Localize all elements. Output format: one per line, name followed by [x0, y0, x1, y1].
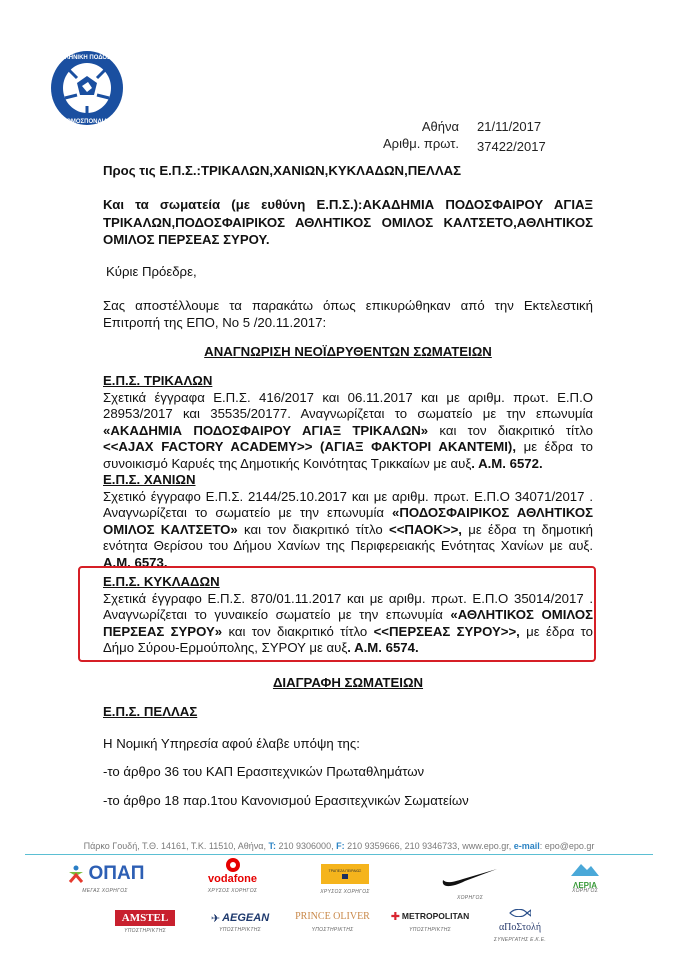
clubs-line: Και τα σωματεία (με ευθύνη Ε.Π.Σ.):ΑΚΑΔΗ… [103, 196, 593, 249]
svg-text:ΕΛΛΗΝΙΚΗ ΠΟΔΟΣΦ.: ΕΛΛΗΝΙΚΗ ΠΟΔΟΣΦ. [57, 55, 118, 61]
aegean-bird-icon: ✈ [211, 912, 220, 925]
place-label: Αθήνα [339, 119, 459, 134]
footer-divider [25, 854, 653, 855]
leria-mountain-icon [569, 862, 601, 876]
entry-body: Σχετικό έγγραφο Ε.Π.Σ. 2144/25.10.2017 κ… [103, 489, 593, 572]
pella-line-3: -το άρθρο 18 παρ.1του Κανονισμού Ερασιτε… [103, 793, 469, 810]
entry-trikala: Ε.Π.Σ. ΤΡΙΚΑΛΩΝ Σχετικά έγγραφα Ε.Π.Σ. 4… [103, 373, 593, 472]
sponsor-aegean: ✈ AEGEAN ΥΠΟΣΤΗΡΙΚΤΗΣ [205, 911, 275, 933]
pella-line-2: -το άρθρο 36 του ΚΑΠ Ερασιτεχνικών Πρωτα… [103, 764, 424, 781]
entry-cyclades: Ε.Π.Σ. ΚΥΚΛΑΔΩΝ Σχετικά έγγραφο Ε.Π.Σ. 8… [103, 574, 593, 657]
sponsor-opap: ΟΠΑΠ ΜΕΓΑΣ ΧΟΡΗΓΟΣ [60, 862, 150, 894]
intro-paragraph: Σας αποστέλλουμε τα παρακάτω όπως επικυρ… [103, 297, 593, 331]
section-title-recognition: ΑΝΑΓΝΩΡΙΣΗ ΝΕΟΪΔΡΥΘΕΝΤΩΝ ΣΩΜΑΤΕΙΩΝ [103, 344, 593, 361]
entry-heading-pella: Ε.Π.Σ. ΠΕΛΛΑΣ [103, 704, 197, 721]
entry-heading: Ε.Π.Σ. ΤΡΙΚΑΛΩΝ [103, 373, 593, 390]
protocol-label: Αριθμ. πρωτ. [339, 136, 459, 151]
piraeus-icon [342, 874, 348, 879]
salutation: Κύριε Πρόεδρε, [106, 264, 197, 281]
sponsor-apostoli: αΠοΣτoλή ΣΥΝΕΡΓΑΤΗΣ Ε.Κ.Ε. [485, 904, 555, 943]
entry-heading: Ε.Π.Σ. ΧΑΝΙΩΝ [103, 472, 593, 489]
sponsor-amstel: AMSTEL ΥΠΟΣΤΗΡΙΚΤΗΣ [115, 910, 175, 934]
pella-line-1: Η Νομική Υπηρεσία αφού έλαβε υπόψη της: [103, 736, 360, 753]
entry-chania: Ε.Π.Σ. ΧΑΝΙΩΝ Σχετικό έγγραφο Ε.Π.Σ. 214… [103, 472, 593, 571]
opap-star-icon [66, 864, 86, 884]
entry-heading: Ε.Π.Σ. ΚΥΚΛΑΔΩΝ [103, 574, 593, 591]
footer-address: Πάρκο Γουδή, Τ.Θ. 14161, Τ.Κ. 11510, Αθή… [0, 841, 678, 851]
entry-body: Σχετικά έγγραφο Ε.Π.Σ. 870/01.11.2017 κα… [103, 591, 593, 657]
sponsor-vodafone: vodafone ΧΡΥΣΟΣ ΧΟΡΗΓΟΣ [195, 858, 270, 894]
section-title-deletion: ΔΙΑΓΡΑΦΗ ΣΩΜΑΤΕΙΩΝ [103, 675, 593, 692]
svg-text:ΟΜΟΣΠΟΝΔΙΑ: ΟΜΟΣΠΟΝΔΙΑ [66, 119, 108, 125]
sponsor-leria: ΛΕΡΙΑ ΧΟΡΗΓΟΣ [560, 862, 610, 894]
recipients-line: Προς τις Ε.Π.Σ.:ΤΡΙΚΑΛΩΝ,ΧΑΝΙΩΝ,ΚΥΚΛΑΔΩΝ… [103, 163, 593, 180]
epo-logo: ΕΛΛΗΝΙΚΗ ΠΟΔΟΣΦ. ΟΜΟΣΠΟΝΔΙΑ [47, 48, 127, 128]
sponsor-nike: ΧΟΡΗΓΟΣ [440, 866, 500, 901]
sponsor-piraeus: ΤΡΑΠΕΖΑ ΠΕΙΡΑΙΩΣ ΧΡΥΣΟΣ ΧΟΡΗΓΟΣ [315, 864, 375, 895]
nike-swoosh-icon [441, 866, 499, 888]
fish-icon [509, 909, 531, 917]
sponsor-metropolitan: ✚ METROPOLITAN ΥΠΟΣΤΗΡΙΚΤΗΣ [390, 907, 470, 933]
vodafone-icon [226, 858, 240, 872]
football-federation-emblem-icon: ΕΛΛΗΝΙΚΗ ΠΟΔΟΣΦ. ΟΜΟΣΠΟΝΔΙΑ [47, 48, 127, 128]
date-value: 21/11/2017 [477, 119, 541, 134]
entry-body: Σχετικά έγγραφα Ε.Π.Σ. 416/2017 και 06.1… [103, 390, 593, 473]
metropolitan-cross-icon: ✚ [391, 910, 400, 923]
protocol-number: 37422/2017 [477, 139, 546, 154]
sponsor-prince-oliver: PRINCE OLIVER ΥΠΟΣΤΗΡΙΚΤΗΣ [295, 911, 370, 933]
